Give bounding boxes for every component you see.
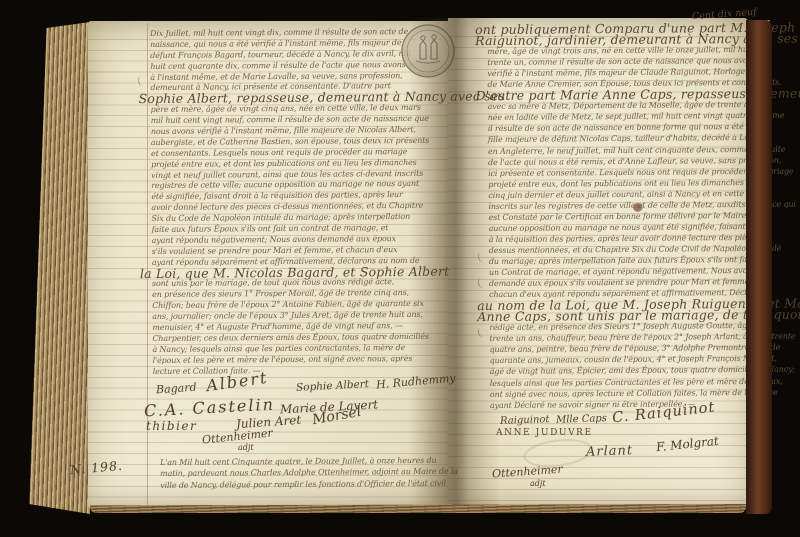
signature: Arlant (586, 443, 634, 460)
book-binding-edge (746, 20, 772, 514)
signature: F. Molgrat (655, 434, 719, 454)
page-edge-stack-bottom (90, 504, 746, 513)
signature: ANNE JUDUVRE (496, 428, 593, 438)
register-photo: Dix Juillet, mil huit cent vingt dix, co… (0, 0, 800, 537)
book-gutter-shadow (408, 18, 500, 510)
signature: Raiguinot (500, 414, 550, 427)
ink-stain (633, 203, 643, 212)
signature: C. Raiquinot (611, 400, 716, 427)
signature: Mlle Caps (556, 413, 607, 426)
signature: adjt (530, 479, 546, 488)
right-page-signatures: RaiguinotMlle CapsC. RaiquinotANNE JUDUV… (0, 0, 800, 537)
